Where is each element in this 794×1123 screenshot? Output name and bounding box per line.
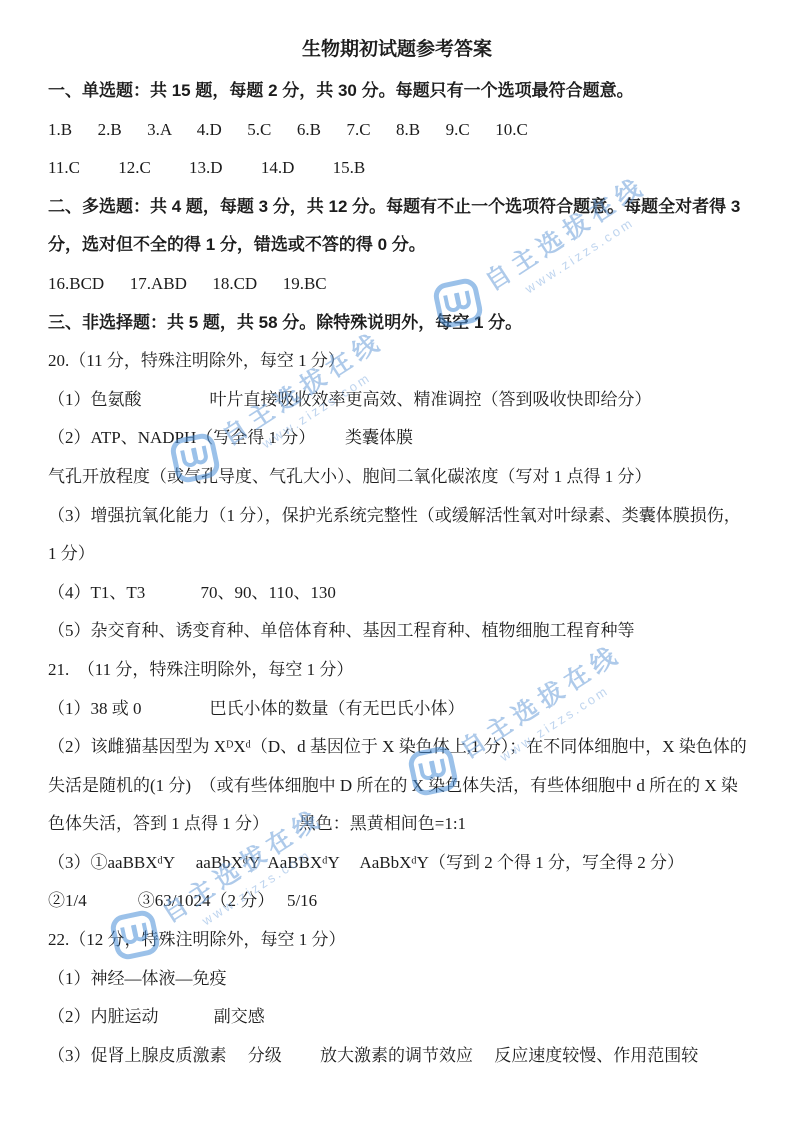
text-line: （3）增强抗氧化能力（1 分），保护光系统完整性（或缓解活性氧对叶绿素、类囊体膜… (48, 497, 750, 536)
text-line: （3）促肾上腺皮质激素 分级 放大激素的调节效应 反应速度较慢、作用范围较 (48, 1037, 750, 1076)
text-line: 22.（12 分，特殊注明除外，每空 1 分） (48, 921, 750, 960)
text-line: 气孔开放程度（或气孔导度、气孔大小）、胞间二氧化碳浓度（写对 1 点得 1 分） (48, 458, 750, 497)
text-line: 1 分） (48, 535, 750, 574)
text-line: 色体失活，答到 1 点得 1 分） 黑色：黑黄相间色=1:1 (48, 805, 750, 844)
text-line: 16.BCD 17.ABD 18.CD 19.BC (48, 265, 750, 304)
text-line: 失活是随机的(1 分) （或有些体细胞中 D 所在的 X 染色体失活，有些体细胞… (48, 767, 750, 806)
text-line: ②1/4 ③63/1024（2 分） 5/16 (48, 882, 750, 921)
text-line: 1.B 2.B 3.A 4.D 5.C 6.B 7.C 8.B 9.C 10.C (48, 111, 750, 150)
document-page: { "watermark": { "brand_text": "自主选拔在线",… (0, 0, 794, 1123)
text-line: 20.（11 分，特殊注明除外，每空 1 分） (48, 342, 750, 381)
text-line: （1）神经—体液—免疫 (48, 960, 750, 999)
text-line: （2）该雌猫基因型为 XᴰXᵈ（D、d 基因位于 X 染色体上,1 分）；在不同… (48, 728, 750, 767)
text-line: （2）内脏运动 副交感 (48, 998, 750, 1037)
text-line: （2）ATP、NADPH（写全得 1 分） 类囊体膜 (48, 419, 750, 458)
answer-content: 一、单选题：共 15 题，每题 2 分，共 30 分。每题只有一个选项最符合题意… (48, 72, 750, 1075)
text-line: 11.C 12.C 13.D 14.D 15.B (48, 149, 750, 188)
answer-sheet-page: 生物期初试题参考答案 一、单选题：共 15 题，每题 2 分，共 30 分。每题… (0, 0, 794, 1123)
text-line: 二、多选题：共 4 题，每题 3 分，共 12 分。每题有不止一个选项符合题意。… (48, 188, 750, 227)
text-line: （4）T1、T3 70、90、110、130 (48, 574, 750, 613)
page-title: 生物期初试题参考答案 (0, 34, 794, 61)
text-line: （1）色氨酸 叶片直接吸收效率更高效、精准调控（答到吸收快即给分） (48, 381, 750, 420)
text-line: 三、非选择题：共 5 题，共 58 分。除特殊说明外，每空 1 分。 (48, 304, 750, 343)
text-line: 一、单选题：共 15 题，每题 2 分，共 30 分。每题只有一个选项最符合题意… (48, 72, 750, 111)
text-line: （3）①aaBBXᵈY aaBbXᵈY AaBBXᵈY AaBbXᵈY（写到 2… (48, 844, 750, 883)
text-line: （5）杂交育种、诱变育种、单倍体育种、基因工程育种、植物细胞工程育种等 (48, 612, 750, 651)
text-line: （1）38 或 0 巴氏小体的数量（有无巴氏小体） (48, 690, 750, 729)
text-line: 分，选对但不全的得 1 分，错选或不答的得 0 分。 (48, 226, 750, 265)
text-line: 21. （11 分，特殊注明除外，每空 1 分） (48, 651, 750, 690)
